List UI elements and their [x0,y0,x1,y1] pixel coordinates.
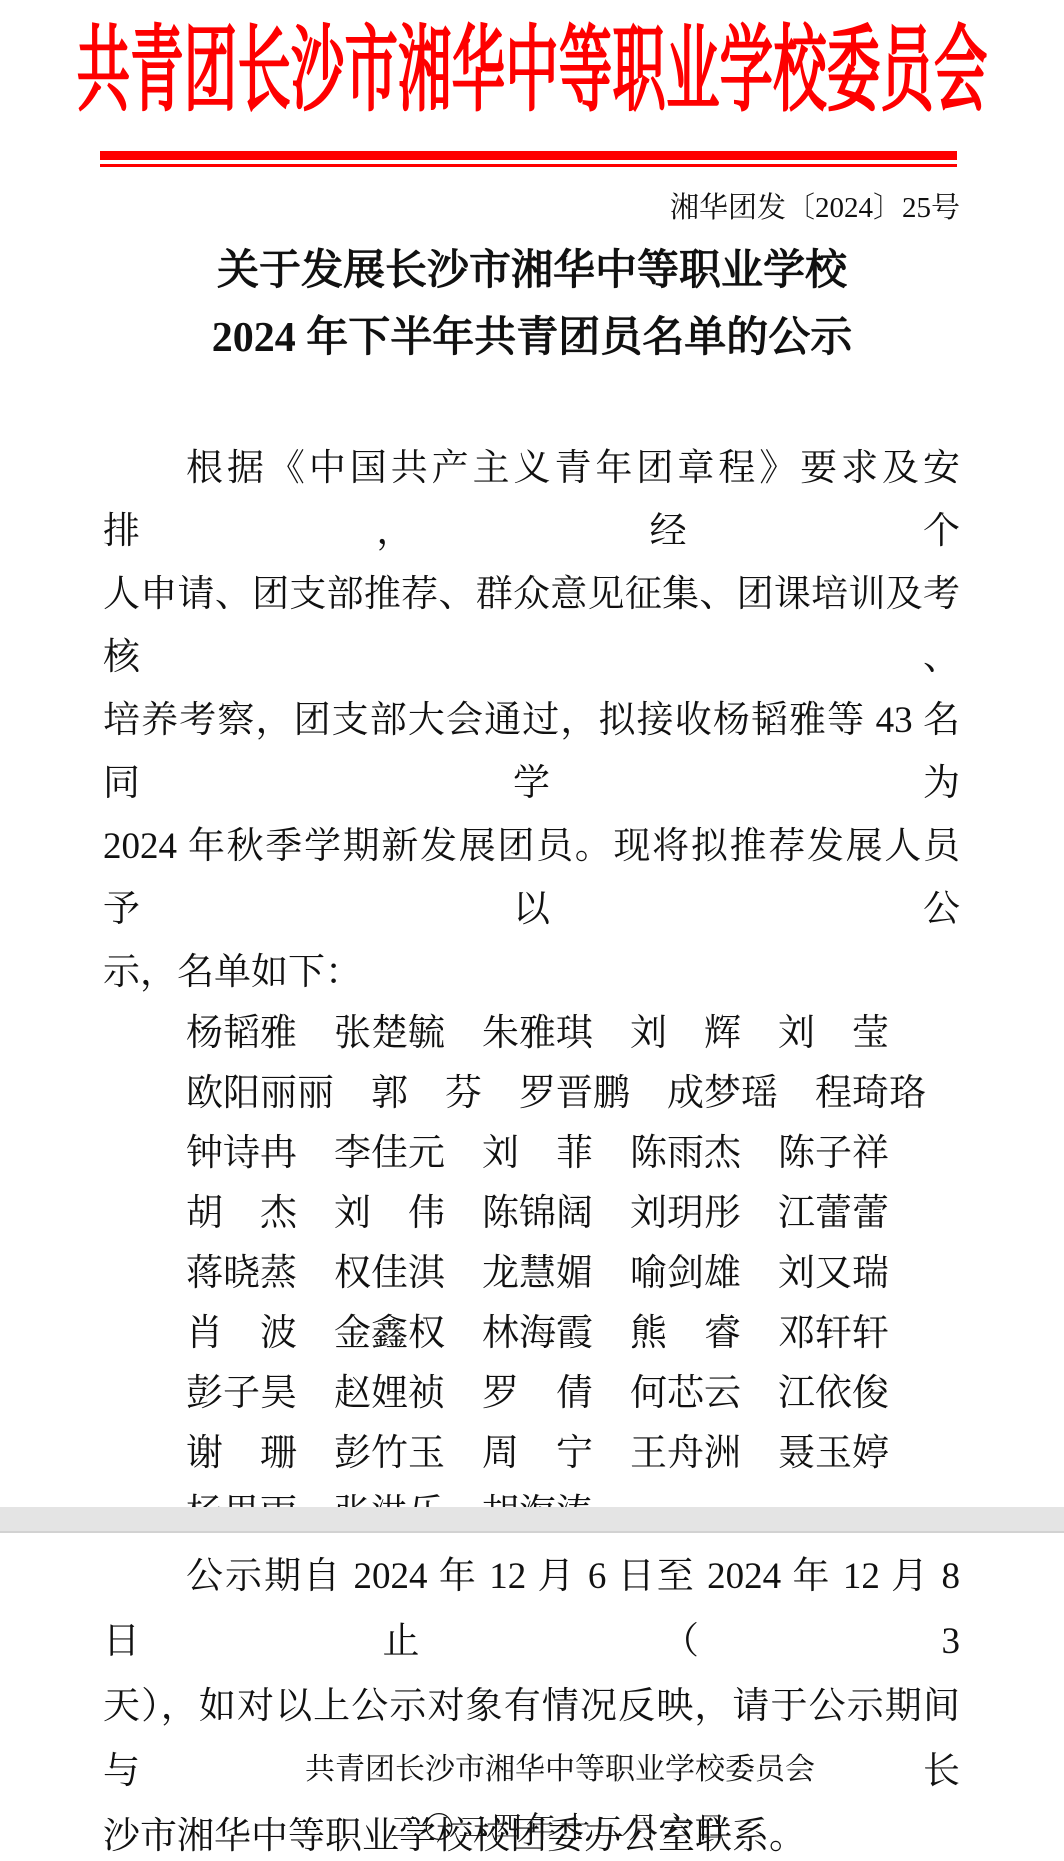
intro-line: 人申请、团支部推荐、群众意见征集、团课培训及考核、 [103,563,960,689]
name-row: 肖 波 金鑫权 林海霞 熊 睿 邓轩轩 [103,1304,960,1364]
announcement-document: 共青团长沙市湘华中等职业学校委员会 湘华团发〔2024〕25号 关于发展长沙市湘… [0,0,1064,1861]
doc-title-line-2: 2024 年下半年共青团员名单的公示 [0,305,1064,372]
signature-block: 共青团长沙市湘华中等职业学校委员会 二〇二四年十二月六日 [56,1740,1064,1858]
doc-number: 湘华团发〔2024〕25号 [670,188,960,228]
red-separator-thin [100,164,957,167]
red-separator-thick [100,151,957,160]
page-gap [0,1507,1064,1533]
name-row: 欧阳丽丽 郭 芬 罗晋鹏 成梦瑶 程琦珞 [103,1064,960,1124]
agency-masthead-title: 共青团长沙市湘华中等职业学校委员会 [77,24,988,118]
doc-body: 根据《中国共产主义青年团章程》要求及安排，经个人申请、团支部推荐、群众意见征集、… [103,437,960,1861]
name-row: 钟诗冉 李佳元 刘 菲 陈雨杰 陈子祥 [103,1124,960,1184]
intro-paragraph: 根据《中国共产主义青年团章程》要求及安排，经个人申请、团支部推荐、群众意见征集、… [103,437,960,1004]
name-row: 彭子昊 赵娌祯 罗 倩 何芯云 江依俊 [103,1364,960,1424]
intro-line: 示，名单如下： [103,941,960,1004]
signature-date: 二〇二四年十二月六日 [56,1799,1064,1858]
agency-masthead: 共青团长沙市湘华中等职业学校委员会 [0,14,1064,128]
name-row: 胡 杰 刘 伟 陈锦阔 刘玥彤 江蕾蕾 [103,1184,960,1244]
doc-title: 关于发展长沙市湘华中等职业学校 2024 年下半年共青团员名单的公示 [0,238,1064,372]
closing-line: 公示期自 2024 年 12 月 6 日至 2024 年 12 月 8 日止（3 [103,1544,960,1674]
name-row: 蒋晓蒸 权佳淇 龙慧媚 喻剑雄 刘又瑞 [103,1244,960,1304]
name-list: 杨韬雅 张楚毓 朱雅琪 刘 辉 刘 莹欧阳丽丽 郭 芬 罗晋鹏 成梦瑶 程琦珞钟… [103,1004,960,1544]
signature-committee: 共青团长沙市湘华中等职业学校委员会 [56,1740,1064,1799]
doc-title-line-1: 关于发展长沙市湘华中等职业学校 [0,238,1064,305]
intro-line: 2024 年秋季学期新发展团员。现将拟推荐发展人员予以公 [103,815,960,941]
intro-line: 根据《中国共产主义青年团章程》要求及安排，经个 [103,437,960,563]
intro-line: 培养考察，团支部大会通过，拟接收杨韬雅等 43 名同学为 [103,689,960,815]
name-row: 谢 珊 彭竹玉 周 宁 王舟洲 聂玉婷 [103,1424,960,1484]
name-row: 杨韬雅 张楚毓 朱雅琪 刘 辉 刘 莹 [103,1004,960,1064]
